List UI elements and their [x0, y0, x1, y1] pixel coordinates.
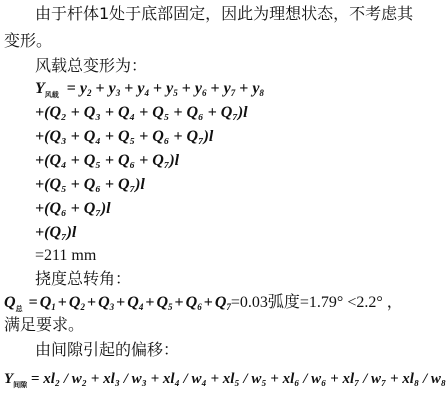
wind-formula-line-5: +(Q₅ + Q₆ + Q₇)l: [35, 175, 145, 195]
rotation-conclusion: 满足要求。: [4, 315, 84, 335]
wind-formula-line-4: +(Q₄ + Q₅ + Q₆ + Q₇)l: [35, 151, 179, 171]
gap-formula: Y间隙 = xl₂ / w₂ + xl₃ / w₃ + xl₄ / w₄ + x…: [4, 369, 446, 394]
rotation-value: =0.03弧度=1.79° <2.2° ，: [231, 294, 403, 311]
wind-formula-line-2: +(Q₂ + Q₃ + Q₄ + Q₅ + Q₆ + Q₇)l: [35, 103, 248, 123]
paragraph-line-2: 变形。: [4, 31, 52, 51]
gap-formula-rhs: = xl₂ / w₂ + xl₃ / w₃ + xl₄ / w₄ + xl₅ /…: [31, 371, 446, 387]
rotation-lhs-subscript: 总: [16, 305, 23, 313]
gap-heading: 由间隙引起的偏移：: [35, 340, 179, 360]
gap-lhs-variable: Y: [4, 371, 13, 387]
wind-result: =211 mm: [35, 246, 96, 266]
wind-formula-line-3: +(Q₃ + Q₄ + Q₅ + Q₆ + Q₇)l: [35, 127, 213, 147]
gap-lhs-subscript: 间隙: [13, 381, 27, 389]
lhs-subscript: 风载: [45, 91, 59, 99]
wind-heading: 风载总变形为：: [35, 56, 147, 76]
wind-formula-line-7: +(Q₇)l: [35, 223, 76, 243]
rotation-lhs-variable: Q: [4, 294, 16, 311]
rotation-heading: 挠度总转角：: [35, 269, 131, 289]
lhs-variable: Y: [35, 80, 45, 97]
wind-formula-line-1: Y风载 =y2+y3+y4+y5+y6+y7+y8: [35, 79, 264, 105]
wind-formula-line-6: +(Q₆ + Q₇)l: [35, 199, 111, 219]
paragraph-line-1: 由于杆体1处于底部固定，因此为理想状态，不考虑其: [35, 4, 413, 24]
